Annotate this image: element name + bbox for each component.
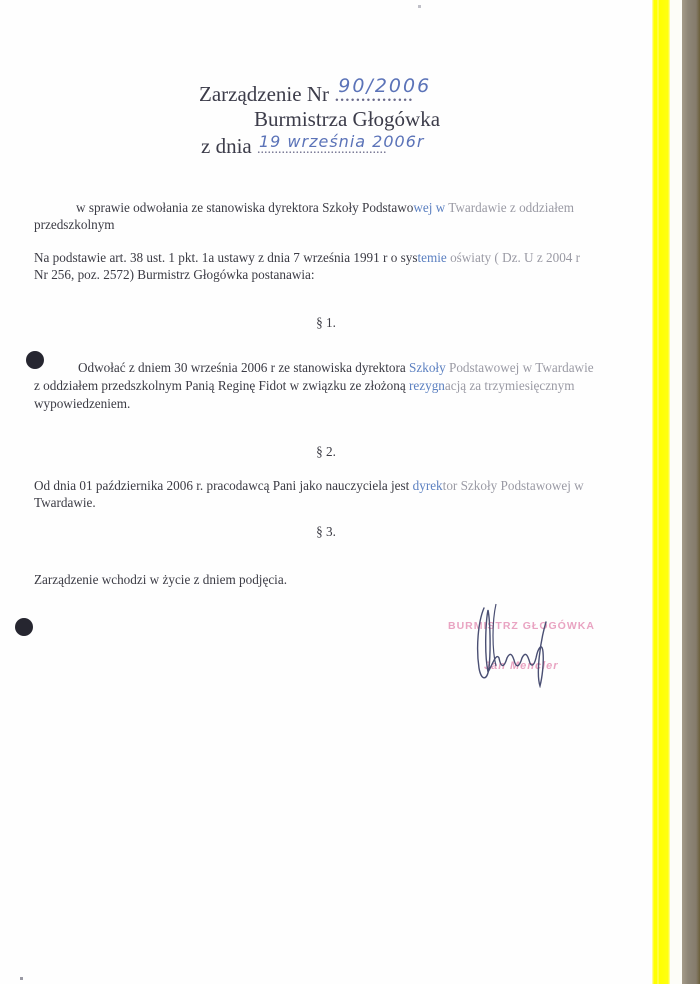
subject-text-blue: wej w (413, 200, 445, 215)
subject-line-2: przedszkolnym (34, 216, 115, 234)
signature-scribble (470, 602, 610, 688)
section-2-text-faded: tor Szkoły Podstawowej w (443, 478, 584, 493)
basis-line-1: Na podstawie art. 38 ust. 1 pkt. 1a usta… (34, 249, 580, 267)
section-1-line-1: Odwołać z dniem 30 września 2006 r ze st… (78, 359, 594, 377)
section-1-text-blue: Szkoły (409, 360, 446, 375)
section-1-text: Odwołać z dniem 30 września 2006 r ze st… (78, 360, 409, 375)
section-1-line-2: z oddziałem przedszkolnym Panią Reginę F… (34, 377, 575, 395)
scan-edge-shadow (682, 0, 700, 984)
basis-text-faded: oświaty ( Dz. U z 2004 r (447, 250, 580, 265)
handwritten-date: 19 września 2006r (259, 130, 424, 154)
punch-hole (26, 351, 44, 369)
section-1-text-blue: rezygn (409, 378, 445, 393)
section-1-heading: § 1. (0, 314, 652, 332)
subject-text-faded: Twardawie z oddziałem (445, 200, 574, 215)
section-2-text-blue: dyrek (413, 478, 443, 493)
basis-line-2: Nr 256, poz. 2572) Burmistrz Głogówka po… (34, 266, 315, 284)
date-dots: ..................................... 19… (257, 142, 387, 157)
scanned-page: Zarządzenie Nr ............... 90/2006 B… (0, 0, 652, 984)
subject-text: w sprawie odwołania ze stanowiska dyrekt… (76, 200, 413, 215)
title-line: Zarządzenie Nr ............... 90/2006 (199, 82, 413, 106)
scan-edge-gap (670, 0, 682, 984)
section-2-text: Od dnia 01 października 2006 r. pracodaw… (34, 478, 413, 493)
scan-speck (20, 977, 23, 980)
section-2-line-1: Od dnia 01 października 2006 r. pracodaw… (34, 477, 584, 495)
number-dots: ............... 90/2006 (334, 82, 413, 106)
basis-text-blue: temie (417, 250, 446, 265)
title-prefix: Zarządzenie Nr (199, 82, 329, 106)
scan-edge-yellow (652, 0, 670, 984)
punch-hole (15, 618, 33, 636)
basis-text: Na podstawie art. 38 ust. 1 pkt. 1a usta… (34, 250, 417, 265)
section-1-line-3: wypowiedzeniem. (34, 395, 130, 413)
date-prefix: z dnia (201, 134, 252, 158)
issuer-line: Burmistrza Głogówka (254, 107, 440, 131)
section-3-heading: § 3. (0, 523, 652, 541)
section-1-text-faded: acją za trzymiesięcznym (445, 378, 575, 393)
subject-line-1: w sprawie odwołania ze stanowiska dyrekt… (76, 199, 574, 217)
section-3-line-1: Zarządzenie wchodzi w życie z dniem podj… (34, 571, 287, 589)
date-line: z dnia .................................… (201, 134, 386, 162)
section-2-line-2: Twardawie. (34, 494, 96, 512)
section-2-heading: § 2. (0, 443, 652, 461)
section-1-text: z oddziałem przedszkolnym Panią Reginę F… (34, 378, 409, 393)
scan-speck (418, 5, 421, 8)
section-1-text-faded: Podstawowej w Twardawie (446, 360, 594, 375)
handwritten-number: 90/2006 (338, 74, 431, 98)
